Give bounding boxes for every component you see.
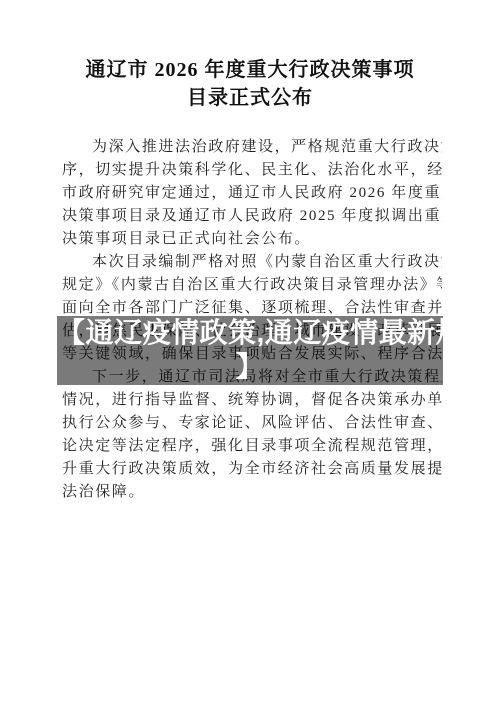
paragraph-line: 序，切实提升决策科学化、民主化、法治化水平，经市委、 <box>62 159 442 182</box>
paragraph-line: 市政府研究审定通过，通辽市人民政府 2026 年度重大行政 <box>62 182 442 205</box>
watermark-overlay-banner: 【通辽疫情政策,通辽疫情最新规定 】 <box>57 316 443 385</box>
page-title: 通辽市 2026 年度重大行政决策事项 目录正式公布 <box>0 56 500 112</box>
paragraph-line: 本次目录编制严格对照《内蒙自治区重大行政决策程序 <box>62 251 442 274</box>
paragraph-line: 法治保障。 <box>62 481 442 504</box>
paragraph-line: 决策事项目录已正式向社会公布。 <box>62 228 442 251</box>
document-page: 通辽市 2026 年度重大行政决策事项 目录正式公布 为深入推进法治政府建设，严… <box>0 0 500 707</box>
paragraph-line: 执行公众参与、专家论证、风险评估、合法性审查、集体讨 <box>62 412 442 435</box>
watermark-text-line1: 【通辽疫情政策,通辽疫情最新规定 <box>57 316 443 350</box>
paragraph-line: 论决定等法定程序，强化目录事项全流程规范管理，持续提 <box>62 435 442 458</box>
paragraph-line: 情况，进行指导监督、统筹协调，督促各决策承办单位严格 <box>62 389 442 412</box>
paragraph-line: 为深入推进法治政府建设，严格规范重大行政决策程 <box>62 136 442 159</box>
paragraph-line: 决策事项目录及通辽市人民政府 2025 年度拟调出重大行政 <box>62 205 442 228</box>
watermark-text-line2: 】 <box>57 350 443 384</box>
page-title-line1: 通辽市 2026 年度重大行政决策事项 <box>0 56 500 84</box>
paragraph-line: 规定》《内蒙古自治区重大行政决策目录管理办法》等要求， <box>62 274 442 297</box>
page-title-line2: 目录正式公布 <box>0 84 500 112</box>
paragraph-line: 升重大行政决策质效，为全市经济社会高质量发展提供坚实 <box>62 458 442 481</box>
